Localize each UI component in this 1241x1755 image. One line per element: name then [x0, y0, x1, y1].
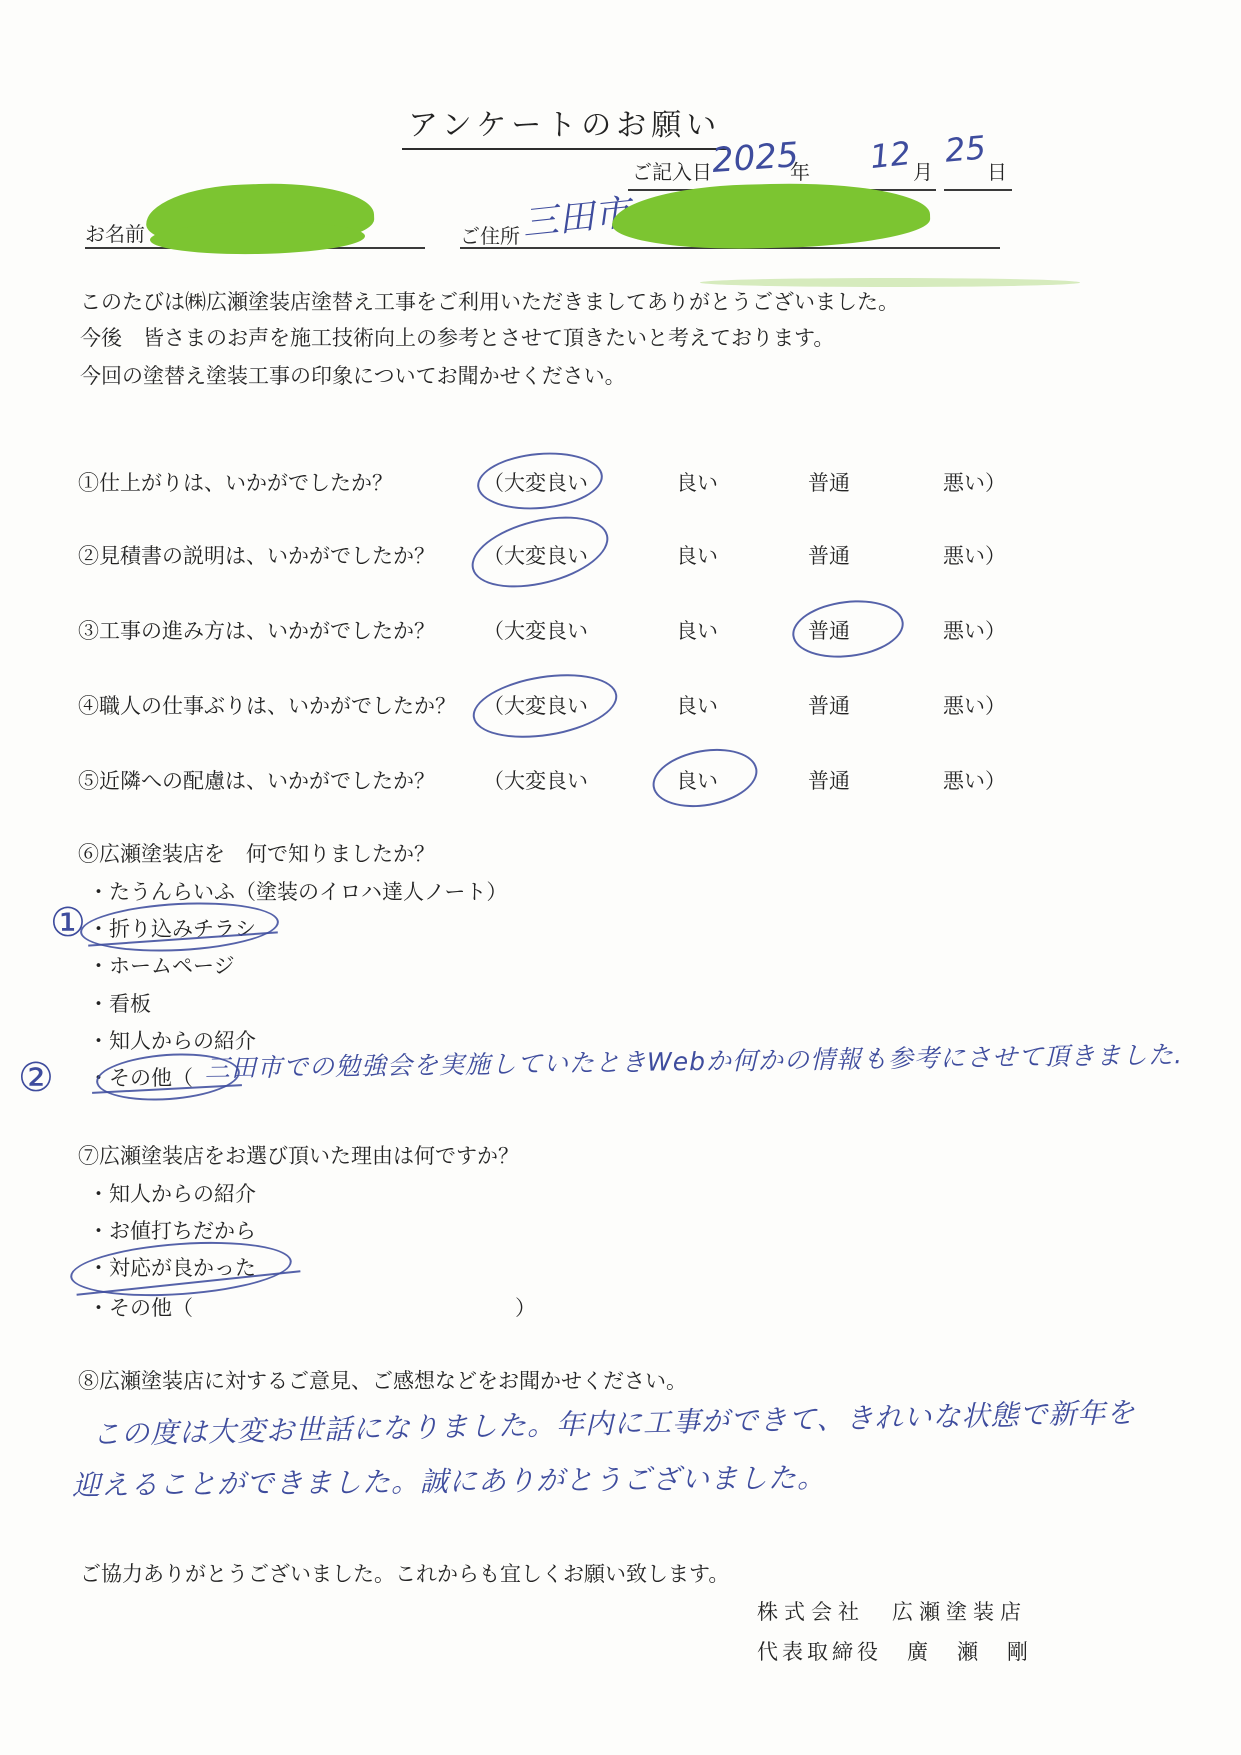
- q1-option-yoi: 良い: [676, 467, 718, 497]
- q4-option-warui: 悪い）: [943, 690, 1006, 720]
- date-day-unit: 日: [987, 156, 1007, 185]
- q6-margin-mark-1: ①: [50, 903, 86, 943]
- q2-option-warui: 悪い）: [943, 540, 1006, 570]
- q4-option-yoi: 良い: [676, 690, 718, 720]
- q2-label: ②見積書の説明は、いかがでしたか？: [78, 540, 435, 570]
- q7-close-paren: ）: [515, 1292, 536, 1322]
- q6-label: ⑥広瀬塗装店を 何で知りましたか？: [78, 838, 435, 868]
- q3-option-yoi: 良い: [676, 615, 718, 645]
- q2-option-futsuu: 普通: [808, 540, 850, 570]
- q7-item-shoukai: ・知人からの紹介: [88, 1178, 256, 1208]
- name-label: お名前: [85, 218, 145, 247]
- q5-option-warui: 悪い）: [943, 765, 1006, 795]
- q6-margin-mark-2: ②: [18, 1058, 54, 1098]
- company-representative: 代表取締役 廣 瀬 剛: [757, 1636, 1032, 1666]
- address-label: ご住所: [460, 220, 520, 249]
- q3-label: ③工事の進み方は、いかがでしたか？: [78, 615, 435, 645]
- q5-circle-annotation: [648, 741, 762, 815]
- q4-option-futsuu: 普通: [808, 690, 850, 720]
- intro-line-1: このたびは㈱広瀬塗装店塗替え工事をご利用いただきましてありがとうございました。: [80, 286, 899, 316]
- date-month-unit: 月: [913, 156, 933, 185]
- q3-circle-annotation: [789, 594, 907, 663]
- q5-label: ⑤近隣への配慮は、いかがでしたか？: [78, 765, 435, 795]
- q4-label: ④職人の仕事ぶりは、いかがでしたか？: [78, 690, 456, 720]
- q1-option-warui: 悪い）: [943, 467, 1006, 497]
- q7-label: ⑦広瀬塗装店をお選び頂いた理由は何ですか？: [78, 1140, 519, 1170]
- q1-option-futsuu: 普通: [808, 467, 850, 497]
- q6-chirashi-circle-annotation: [79, 898, 280, 956]
- q8-label: ⑧広瀬塗装店に対するご意見、ご感想などをお聞かせください。: [78, 1365, 687, 1395]
- q7-item-oneuchi: ・お値打ちだから: [88, 1215, 256, 1245]
- date-underline-day: [944, 188, 1012, 191]
- q4-circle-annotation: [468, 665, 622, 747]
- q3-option-daihenyoi: （大変良い: [483, 615, 588, 645]
- q8-handwritten-line-2: 迎えることができました。誠にありがとうございました。: [72, 1456, 826, 1504]
- q6-other-handwritten-text: 三田市での勉強会を実施していたときWebか何かの情報も参考にさせて頂きました.: [205, 1035, 1183, 1085]
- survey-page: アンケートのお願い ご記入日 2025 年 12 月 25 日 お名前 ご住所 …: [0, 0, 1241, 1755]
- date-day-handwritten: 25: [943, 128, 987, 169]
- q6-item-kanban: ・看板: [88, 988, 151, 1018]
- q3-option-warui: 悪い）: [943, 615, 1006, 645]
- intro-line-3: 今回の塗替え塗装工事の印象についてお聞かせください。: [80, 360, 626, 390]
- date-year-unit: 年: [790, 156, 810, 185]
- q1-circle-annotation: [475, 448, 605, 515]
- q6-item-homepage: ・ホームページ: [88, 950, 235, 980]
- q7-item-sonota: ・その他（: [88, 1292, 193, 1322]
- q8-handwritten-line-1: この度は大変お世話になりました。年内に工事ができて、きれいな状態で新年を: [92, 1391, 1136, 1453]
- date-month-handwritten: 12: [868, 134, 912, 176]
- closing-text: ご協力ありがとうございました。これからも宜しくお願い致します。: [80, 1558, 729, 1588]
- company-name: 株式会社 広瀬塗装店: [757, 1596, 1027, 1626]
- q1-label: ①仕上がりは、いかがでしたか？: [78, 467, 393, 497]
- q5-option-futsuu: 普通: [808, 765, 850, 795]
- q6-item-townlife: ・たうんらいふ（塗装のイロハ達人ノート）: [88, 876, 507, 906]
- page-title: アンケートのお願い: [402, 100, 727, 150]
- q2-circle-annotation: [464, 504, 615, 600]
- intro-line-2: 今後 皆さまのお声を施工技術向上の参考とさせて頂きたいと考えております。: [80, 322, 834, 352]
- q5-option-daihenyoi: （大変良い: [483, 765, 588, 795]
- date-year-handwritten: 2025: [711, 135, 800, 181]
- q2-option-yoi: 良い: [676, 540, 718, 570]
- date-label: ご記入日: [632, 156, 712, 185]
